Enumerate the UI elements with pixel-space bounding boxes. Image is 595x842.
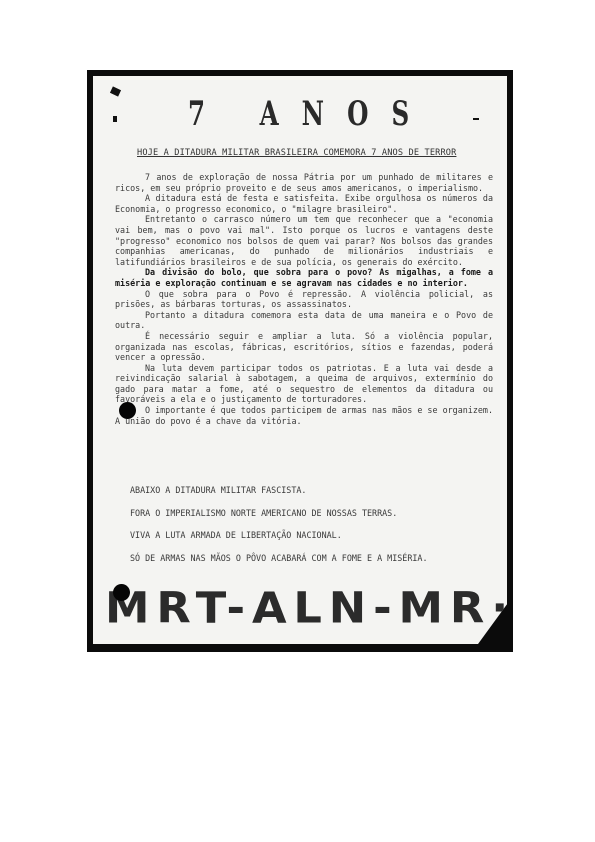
document-page: 7 ANOS HOJE A DITADURA MILITAR BRASILEIR… — [93, 76, 507, 644]
document-title: 7 ANOS — [151, 94, 449, 134]
document-body: 7 anos de exploração de nossa Pátria por… — [115, 172, 493, 426]
ink-speck — [113, 116, 117, 122]
paragraph: O importante é que todos participem de a… — [115, 405, 493, 426]
ink-speck — [473, 118, 479, 120]
ink-speck — [110, 86, 121, 96]
paragraph: Portanto a ditadura comemora esta data d… — [115, 310, 493, 331]
document-subtitle: HOJE A DITADURA MILITAR BRASILEIRA COMEM… — [137, 148, 487, 158]
paragraph: A ditadura está de festa e satisfeita. E… — [115, 193, 493, 214]
slogan: FORA O IMPERIALISMO NORTE AMERICANO DE N… — [130, 508, 497, 531]
organization-signature: MRT-ALN-MR·8 — [105, 584, 553, 633]
paragraph: O que sobra para o Povo é repressão. A v… — [115, 289, 493, 310]
paragraph: Na luta devem participar todos os patrio… — [115, 363, 493, 405]
paragraph: É necessário seguir e ampliar a luta. Só… — [115, 331, 493, 363]
scanned-document-frame: 7 ANOS HOJE A DITADURA MILITAR BRASILEIR… — [87, 70, 513, 652]
slogans-list: ABAIXO A DITADURA MILITAR FASCISTA. FORA… — [130, 485, 497, 575]
paragraph: Da divisão do bolo, que sobra para o pov… — [115, 267, 493, 288]
slogan: SÓ DE ARMAS NAS MÃOS O PÔVO ACABARÁ COM … — [130, 553, 497, 576]
punch-hole — [113, 584, 130, 601]
paragraph: 7 anos de exploração de nossa Pátria por… — [115, 172, 493, 193]
slogan: VIVA A LUTA ARMADA DE LIBERTAÇÃO NACIONA… — [130, 530, 497, 553]
punch-hole — [119, 402, 136, 419]
slogan: ABAIXO A DITADURA MILITAR FASCISTA. — [130, 485, 497, 508]
paragraph: Entretanto o carrasco número um tem que … — [115, 214, 493, 267]
